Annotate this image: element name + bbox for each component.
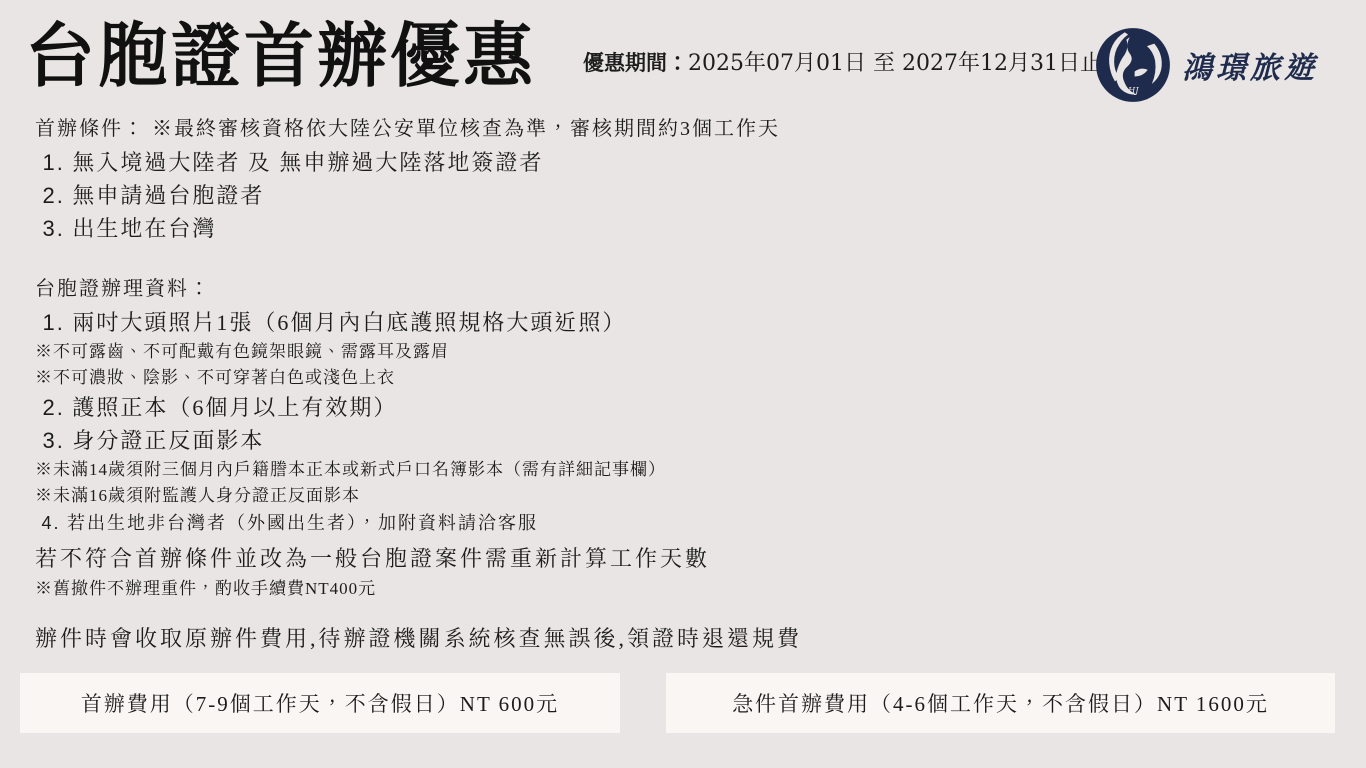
document-item: 1. 兩吋大頭照片1張（6個月內白底護照規格大頭近照） — [35, 306, 666, 339]
price-standard-text: 首辦費用（7-9個工作天，不含假日）NT 600元 — [81, 688, 559, 718]
conditions-heading: 首辦條件： ※最終審核資格依大陸公安單位核查為準，審核期間約3個工作天 — [35, 112, 780, 146]
company-name: 鴻璟旅遊 — [1182, 43, 1318, 87]
section-documents: 台胞證辦理資料： 1. 兩吋大頭照片1張（6個月內白底護照規格大頭近照） ※不可… — [35, 272, 666, 537]
document-note: ※未滿16歲須附監護人身分證正反面影本 — [35, 483, 666, 509]
price-express-text: 急件首辦費用（4-6個工作天，不含假日）NT 1600元 — [732, 688, 1269, 718]
condition-item: 3. 出生地在台灣 — [35, 212, 780, 245]
section-notice: 若不符合首辦條件並改為一般台胞證案件需重新計算工作天數 ※舊撤件不辦理重件，酌收… — [35, 542, 710, 602]
promo-period-label: 優惠期間： — [583, 51, 688, 75]
company-logo: HJ 鴻璟旅遊 — [1092, 24, 1318, 106]
document-note: ※不可露齒、不可配戴有色鏡架眼鏡、需露耳及露眉 — [35, 339, 666, 365]
documents-heading: 台胞證辦理資料： — [35, 272, 666, 306]
notice-note: ※舊撤件不辦理重件，酌收手續費NT400元 — [35, 576, 710, 602]
price-box-standard: 首辦費用（7-9個工作天，不含假日）NT 600元 — [20, 673, 620, 733]
condition-item: 1. 無入境過大陸者 及 無申辦過大陸落地簽證者 — [35, 146, 780, 179]
flyer-page: 台胞證首辦優惠 優惠期間：2025年07月01日 至 2027年12月31日止 … — [0, 0, 1366, 768]
promo-period: 優惠期間：2025年07月01日 至 2027年12月31日止 — [583, 46, 1102, 77]
payment-line: 辦件時會收取原辦件費用,待辦證機關系統核查無誤後,領證時退還規費 — [35, 622, 802, 656]
notice-heading: 若不符合首辦條件並改為一般台胞證案件需重新計算工作天數 — [35, 542, 710, 576]
document-item: 3. 身分證正反面影本 — [35, 424, 666, 457]
document-item: 4. 若出生地非台灣者（外國出生者），加附資料請洽客服 — [35, 509, 666, 537]
document-note: ※不可濃妝、陰影、不可穿著白色或淺色上衣 — [35, 365, 666, 391]
promo-period-value: 2025年07月01日 至 2027年12月31日止 — [688, 51, 1102, 76]
document-item: 2. 護照正本（6個月以上有效期） — [35, 391, 666, 424]
section-conditions: 首辦條件： ※最終審核資格依大陸公安單位核查為準，審核期間約3個工作天 1. 無… — [35, 112, 780, 245]
globe-brush-icon: HJ — [1092, 24, 1174, 106]
svg-text:HJ: HJ — [1127, 85, 1139, 95]
document-note: ※未滿14歲須附三個月內户籍謄本正本或新式户口名簿影本（需有詳細記事欄） — [35, 457, 666, 483]
page-title: 台胞證首辦優惠 — [25, 8, 536, 108]
condition-item: 2. 無申請過台胞證者 — [35, 179, 780, 212]
price-box-express: 急件首辦費用（4-6個工作天，不含假日）NT 1600元 — [666, 673, 1335, 733]
